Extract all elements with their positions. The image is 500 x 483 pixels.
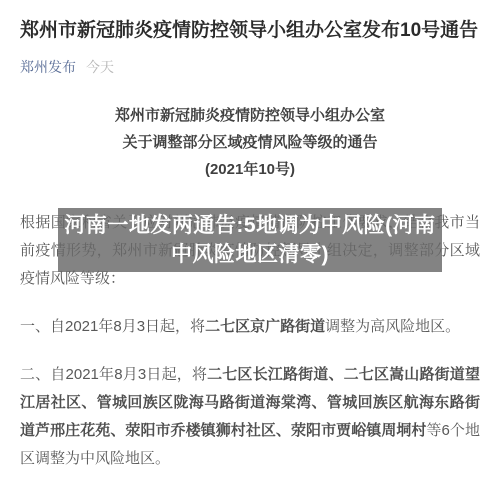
article-meta: 郑州发布今天 bbox=[20, 57, 480, 77]
publish-date: 今天 bbox=[86, 59, 114, 75]
notice-title: 郑州市新冠肺炎疫情防控领导小组办公室 关于调整部分区域疫情风险等级的通告 (20… bbox=[20, 102, 480, 183]
notice-title-line1: 郑州市新冠肺炎疫情防控领导小组办公室 bbox=[20, 102, 480, 129]
article-page: 郑州市新冠肺炎疫情防控领导小组办公室发布10号通告 郑州发布今天 郑州市新冠肺炎… bbox=[0, 0, 500, 483]
paragraph-item-1-prefix: 一、自2021年8月3日起，将 bbox=[20, 318, 205, 335]
account-name-link[interactable]: 郑州发布 bbox=[20, 59, 76, 75]
paragraph-item-1-highlight: 二七区京广路街道 bbox=[205, 318, 325, 335]
notice-title-line3: (2021年10号) bbox=[20, 156, 480, 183]
paragraph-item-1-suffix: 调整为高风险地区。 bbox=[325, 318, 460, 335]
notice-title-line2: 关于调整部分区域疫情风险等级的通告 bbox=[20, 129, 480, 156]
article-title: 郑州市新冠肺炎疫情防控领导小组办公室发布10号通告 bbox=[20, 17, 480, 45]
paragraph-item-2: 二、自2021年8月3日起，将二七区长江路街道、二七区嵩山路街道望江居社区、管城… bbox=[20, 361, 480, 473]
paragraph-item-2-prefix: 二、自2021年8月3日起，将 bbox=[20, 366, 207, 383]
news-caption-overlay: 河南一地发两通告:5地调为中风险(河南中风险地区清零) bbox=[58, 208, 442, 272]
paragraph-item-1: 一、自2021年8月3日起，将二七区京广路街道调整为高风险地区。 bbox=[20, 313, 480, 341]
